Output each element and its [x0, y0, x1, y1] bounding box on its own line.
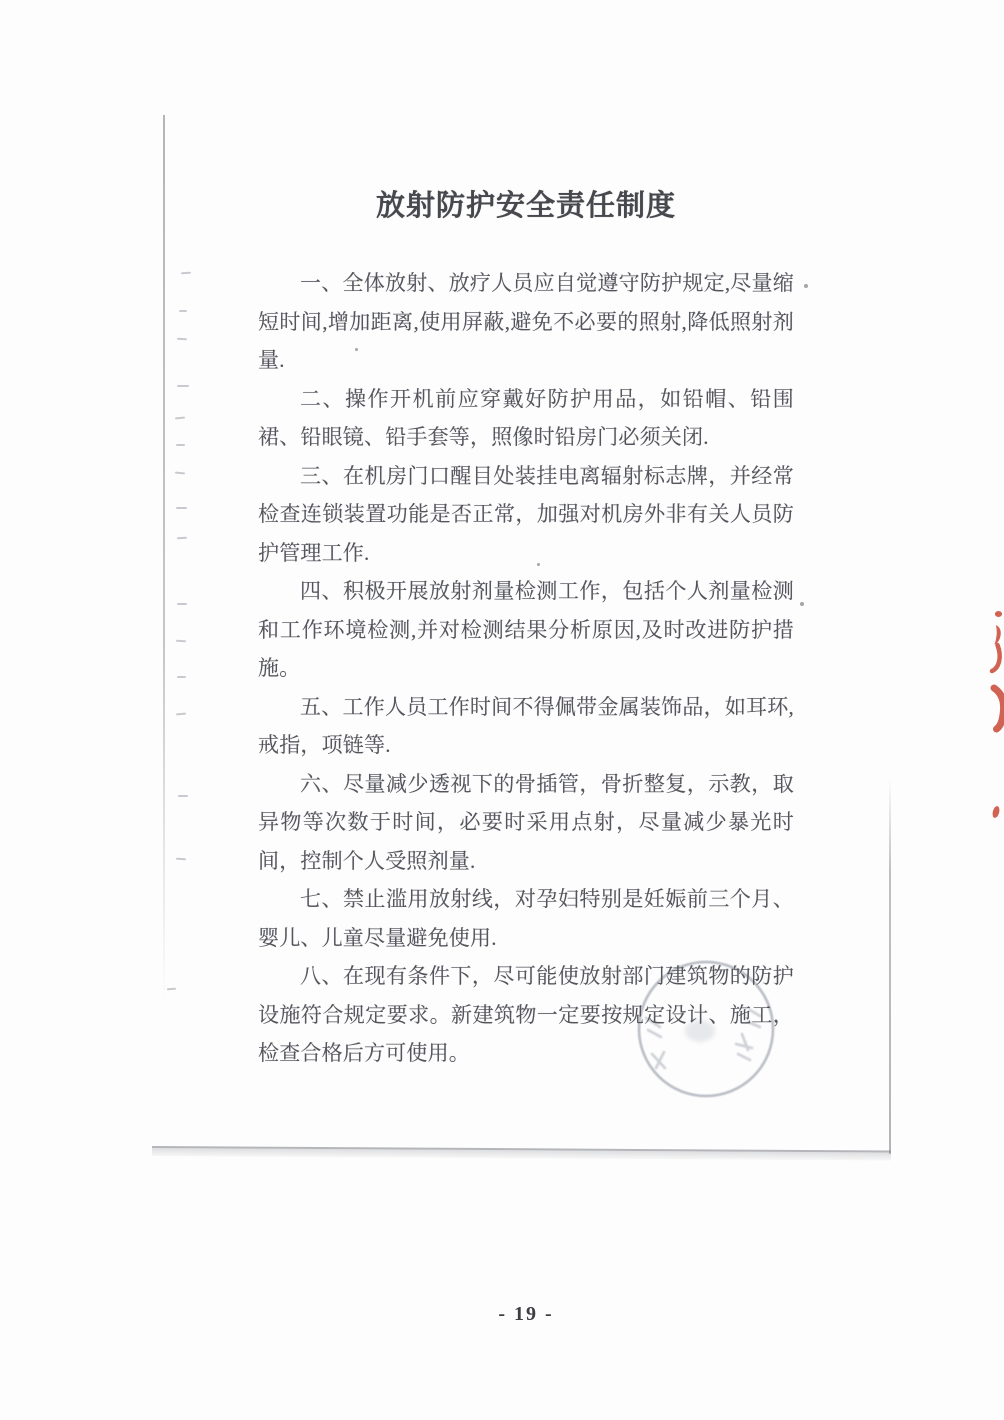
- scan-artifact-tick: [176, 858, 186, 861]
- scan-artifact-tick: [175, 472, 185, 475]
- body-paragraph-8: 八、在现有条件下，尽可能使放射部门建筑物的防护设施符合规定要求。新建筑物一定要按…: [258, 957, 794, 1073]
- scan-artifact-tick: [167, 988, 176, 991]
- scan-artifact-tick: [177, 537, 187, 540]
- scanned-document-page: 放射防护安全责任制度 一、全体放射、放疗人员应自觉遵守防护规定,尽量缩短时间,增…: [0, 0, 1004, 1420]
- page-title: 放射防护安全责任制度: [258, 183, 794, 224]
- document-body: 一、全体放射、放疗人员应自觉遵守防护规定,尽量缩短时间,增加距离,使用屏蔽,避免…: [258, 264, 794, 1073]
- red-ink-strokes-icon: [984, 600, 1004, 835]
- scan-artifact-tick: [175, 416, 185, 419]
- body-paragraph-2: 二、操作开机前应穿戴好防护用品，如铅帽、铅围裙、铅眼镜、铅手套等，照像时铅房门必…: [258, 380, 794, 457]
- body-paragraph-5: 五、工作人员工作时间不得佩带金属装饰品，如耳环,戒指，项链等.: [258, 688, 794, 765]
- scan-artifact-tick: [176, 640, 186, 643]
- red-ink-fragment: [984, 600, 1004, 840]
- scan-artifact-tick: [176, 713, 186, 716]
- scan-artifact-tick: [178, 795, 188, 797]
- scan-artifact-tick: [176, 507, 187, 509]
- body-paragraph-4: 四、积极开展放射剂量检测工作，包括个人剂量检测和工作环境检测,并对检测结果分析原…: [258, 572, 794, 688]
- body-paragraph-6: 六、尽量减少透视下的骨插管，骨折整复，示教，取异物等次数于时间，必要时采用点射，…: [258, 765, 794, 881]
- paper-edge-bottom: [152, 1146, 891, 1163]
- scan-artifact-tick: [181, 272, 191, 275]
- body-paragraph-7: 七、禁止滥用放射线，对孕妇特别是妊娠前三个月、婴儿、儿童尽量避免使用.: [258, 880, 794, 957]
- body-paragraph-3: 三、在机房门口醒目处装挂电离辐射标志牌，并经常检查连锁装置功能是否正常，加强对机…: [258, 457, 794, 573]
- paper-edge-right: [889, 778, 891, 1154]
- scan-artifact-tick: [179, 310, 187, 312]
- page-number: - 19 -: [258, 1303, 794, 1326]
- scan-artifact-speck: [804, 284, 808, 288]
- scan-artifact-tick: [177, 676, 186, 678]
- paper-edge-bottom-line: [152, 1146, 891, 1152]
- scan-artifact-tick: [177, 603, 187, 605]
- scan-artifact-tick: [176, 444, 185, 446]
- scan-artifact-speck: [800, 602, 804, 606]
- body-paragraph-1: 一、全体放射、放疗人员应自觉遵守防护规定,尽量缩短时间,增加距离,使用屏蔽,避免…: [258, 264, 794, 380]
- scan-artifact-tick: [177, 385, 189, 387]
- scan-artifact-tick: [177, 338, 187, 341]
- paper-edge-bottom-shadow: [152, 1148, 891, 1161]
- paper-edge-left: [163, 115, 165, 1005]
